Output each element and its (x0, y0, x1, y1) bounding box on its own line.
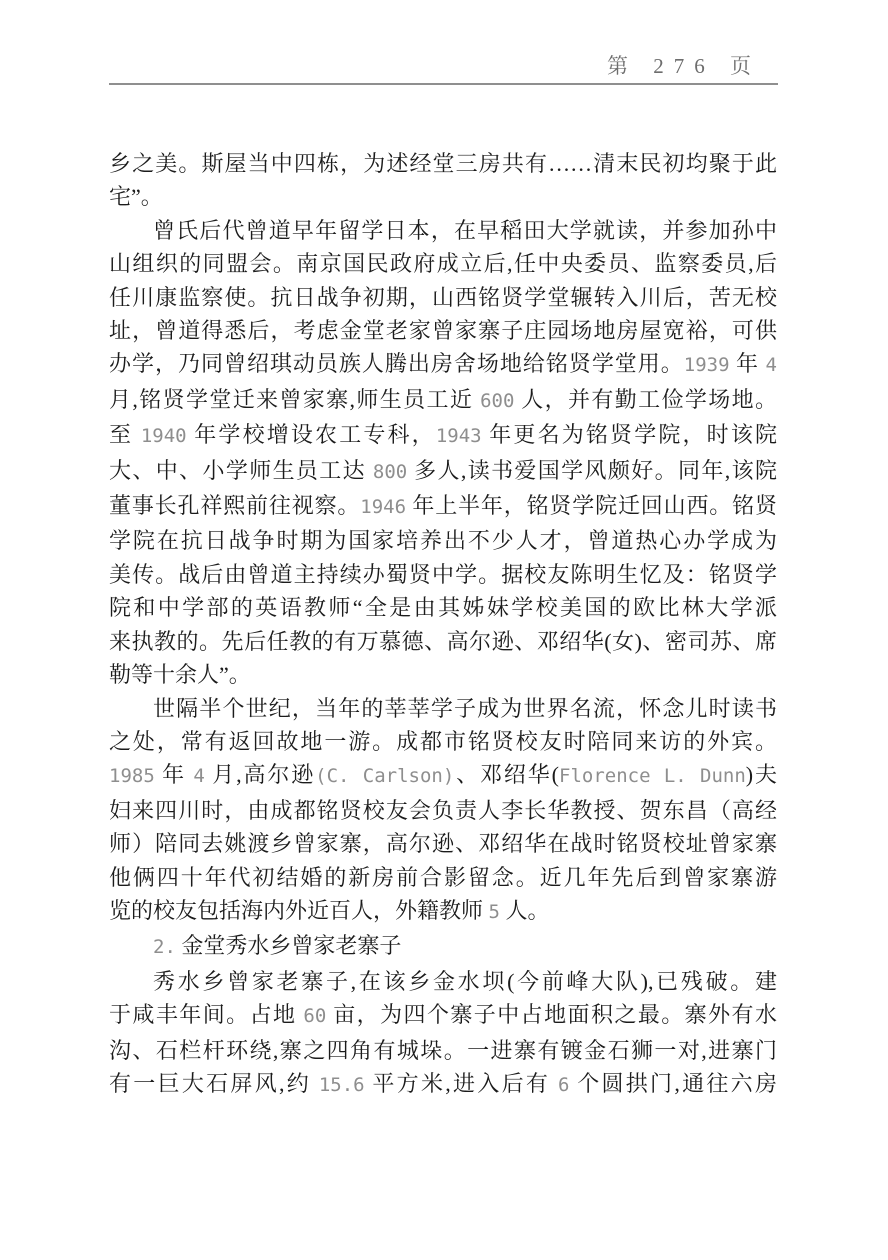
book-page: 第 276 页 乡之美。斯屋当中四栋，为述经堂三房共有……清末民初均聚于此宅”。… (0, 0, 888, 1260)
cjk-text: 妇来四川时，由成都铭贤校友会负责人李长华教授、贺东昌（高经 (109, 798, 777, 823)
text-line-16: 勒等十余人”。 (109, 658, 777, 691)
cjk-text: 他俩四十年代初结婚的新房前合影留念。近几年先后到曾家寨游 (109, 865, 777, 890)
text-line-24: 2. 金堂秀水乡曾家老寨子 (109, 929, 777, 964)
text-line-13: 美传。战后由曾道主持续办蜀贤中学。据校友陈明生忆及：铭贤学 (109, 558, 777, 591)
cjk-text: 年 (155, 762, 194, 787)
text-body: 乡之美。斯屋当中四栋，为述经堂三房共有……清末民初均聚于此宅”。曾氏后代曾道早年… (109, 147, 777, 1102)
text-line-22: 他俩四十年代初结婚的新房前合影留念。近几年先后到曾家寨游 (109, 861, 777, 894)
text-line-15: 来执教的。先后任教的有万慕德、高尔逊、邓绍华(女)、密司苏、席 (109, 625, 777, 658)
text-line-4: 山组织的同盟会。南京国民政府成立后,任中央委员、监察委员,后 (109, 247, 777, 280)
latin-text: 1946 (360, 496, 406, 518)
latin-text: 4 (766, 354, 777, 376)
text-line-20: 妇来四川时，由成都铭贤校友会负责人李长华教授、贺东昌（高经 (109, 794, 777, 827)
cjk-text: 来执教的。先后任教的有万慕德、高尔逊、邓绍华(女)、密司苏、席 (109, 629, 777, 654)
cjk-text: 年 (730, 351, 766, 376)
cjk-text: 山组织的同盟会。南京国民政府成立后,任中央委员、监察委员,后 (109, 251, 777, 276)
text-line-25: 秀水乡曾家老寨子,在该乡金水坝(今前峰大队),已残破。建 (109, 965, 777, 998)
cjk-text: 有一巨大石屏风,约 (109, 1071, 319, 1096)
text-line-1: 乡之美。斯屋当中四栋，为述经堂三房共有……清末民初均聚于此 (109, 147, 777, 180)
cjk-text: 乡之美。斯屋当中四栋，为述经堂三房共有……清末民初均聚于此 (109, 151, 777, 176)
header-rule (109, 83, 778, 85)
cjk-text: 秀水乡曾家老寨子,在该乡金水坝(今前峰大队),已残破。建 (153, 969, 777, 994)
cjk-text: 亩，为四个寨子中占地面积之最。寨外有水 (326, 1002, 777, 1027)
cjk-text: 人，并有勤工俭学场地。 (514, 387, 777, 412)
latin-text: 1939 (684, 354, 730, 376)
latin-text: 2. (153, 936, 176, 958)
cjk-text: 宅”。 (109, 184, 163, 209)
latin-text: 15.6 (319, 1074, 365, 1096)
text-line-21: 师）陪同去姚渡乡曾家寨，高尔逊、邓绍华在战时铭贤校址曾家寨 (109, 827, 777, 860)
cjk-text: 金堂秀水乡曾家老寨子 (176, 933, 402, 958)
cjk-text: 人。 (500, 898, 550, 923)
cjk-text: 之处，常有返回故地一游。成都市铭贤校友时陪同来访的外宾。 (109, 729, 777, 754)
cjk-text: 年学校增设农工专科， (187, 422, 436, 447)
cjk-text: 年更名为铭贤学院，时该院 (482, 422, 777, 447)
text-line-23: 览的校友包括海内外近百人，外籍教师 5 人。 (109, 894, 777, 929)
latin-text: (C. Carlson) (315, 765, 454, 787)
cjk-text: 多人,读书爱国学风颇好。同年,该院 (407, 458, 777, 483)
page-number-header: 第 276 页 (109, 50, 761, 80)
text-line-27: 沟、石栏杆环绕,寨之四角有城垛。一进寨有镀金石狮一对,进寨门 (109, 1034, 777, 1067)
text-line-7: 办学，乃同曾绍琪动员族人腾出房舍场地给铭贤学堂用。1939 年 4 (109, 347, 777, 382)
cjk-text: 平方米,进入后有 (365, 1071, 558, 1096)
cjk-text: 世隔半个世纪，当年的莘莘学子成为世界名流，怀念儿时读书 (153, 696, 777, 721)
latin-text: Florence L. Dunn (559, 765, 746, 787)
cjk-text: 沟、石栏杆环绕,寨之四角有城垛。一进寨有镀金石狮一对,进寨门 (109, 1038, 777, 1063)
cjk-text: 览的校友包括海内外近百人，外籍教师 (109, 898, 489, 923)
latin-text: 6 (558, 1074, 569, 1096)
cjk-text: 师）陪同去姚渡乡曾家寨，高尔逊、邓绍华在战时铭贤校址曾家寨 (109, 831, 777, 856)
text-line-2: 宅”。 (109, 180, 777, 213)
text-line-6: 址，曾道得悉后，考虑金堂老家曾家寨子庄园场地房屋宽裕，可供 (109, 314, 777, 347)
cjk-text: 美传。战后由曾道主持续办蜀贤中学。据校友陈明生忆及：铭贤学 (109, 562, 777, 587)
latin-text: 60 (303, 1005, 326, 1027)
cjk-text: 址，曾道得悉后，考虑金堂老家曾家寨子庄园场地房屋宽裕，可供 (109, 318, 777, 343)
cjk-text: 年上半年，铭贤学院迁回山西。铭贤 (406, 493, 777, 518)
latin-text: 1985 (109, 765, 155, 787)
text-line-28: 有一巨大石屏风,约 15.6 平方米,进入后有 6 个圆拱门,通往六房 (109, 1067, 777, 1102)
cjk-text: 院和中学部的英语教师“全是由其姊妹学校美国的欧比林大学派 (109, 595, 777, 620)
latin-text: 1940 (141, 425, 187, 447)
text-line-10: 大、中、小学师生员工达 800 多人,读书爱国学风颇好。同年,该院 (109, 454, 777, 489)
latin-text: 600 (480, 390, 514, 412)
text-line-12: 学院在抗日战争时期为国家培养出不少人才，曾道热心办学成为 (109, 524, 777, 557)
latin-text: 800 (373, 461, 407, 483)
text-line-9: 至 1940 年学校增设农工专科，1943 年更名为铭贤学院，时该院 (109, 418, 777, 453)
latin-text: 4 (193, 765, 204, 787)
cjk-text: 办学，乃同曾绍琪动员族人腾出房舍场地给铭贤学堂用。 (109, 351, 684, 376)
text-line-8: 月,铭贤学堂迁来曾家寨,师生员工近 600 人，并有勤工俭学场地。 (109, 383, 777, 418)
text-line-5: 任川康监察使。抗日战争初期，山西铭贤学堂辗转入川后，苦无校 (109, 281, 777, 314)
text-line-26: 于咸丰年间。占地 60 亩，为四个寨子中占地面积之最。寨外有水 (109, 998, 777, 1033)
text-line-3: 曾氏后代曾道早年留学日本，在早稻田大学就读，并参加孙中 (109, 214, 777, 247)
cjk-text: 董事长孔祥熙前往视察。 (109, 493, 360, 518)
text-line-18: 之处，常有返回故地一游。成都市铭贤校友时陪同来访的外宾。 (109, 725, 777, 758)
text-line-17: 世隔半个世纪，当年的莘莘学子成为世界名流，怀念儿时读书 (109, 692, 777, 725)
text-line-19: 1985 年 4 月,高尔逊(C. Carlson)、邓绍华(Florence … (109, 758, 777, 793)
cjk-text: 至 (109, 422, 141, 447)
cjk-text: 曾氏后代曾道早年留学日本，在早稻田大学就读，并参加孙中 (153, 218, 777, 243)
cjk-text: 于咸丰年间。占地 (109, 1002, 303, 1027)
cjk-text: 月,高尔逊 (205, 762, 315, 787)
latin-text: 5 (489, 901, 500, 923)
latin-text: 1943 (436, 425, 482, 447)
cjk-text: )夫 (746, 762, 777, 787)
cjk-text: 学院在抗日战争时期为国家培养出不少人才，曾道热心办学成为 (109, 528, 777, 553)
text-line-11: 董事长孔祥熙前往视察。1946 年上半年，铭贤学院迁回山西。铭贤 (109, 489, 777, 524)
cjk-text: 月,铭贤学堂迁来曾家寨,师生员工近 (109, 387, 480, 412)
cjk-text: 任川康监察使。抗日战争初期，山西铭贤学堂辗转入川后，苦无校 (109, 285, 777, 310)
cjk-text: 个圆拱门,通往六房 (569, 1071, 777, 1096)
cjk-text: 勒等十余人”。 (109, 662, 251, 687)
text-line-14: 院和中学部的英语教师“全是由其姊妹学校美国的欧比林大学派 (109, 591, 777, 624)
cjk-text: 大、中、小学师生员工达 (109, 458, 373, 483)
cjk-text: 、邓绍华( (454, 762, 559, 787)
